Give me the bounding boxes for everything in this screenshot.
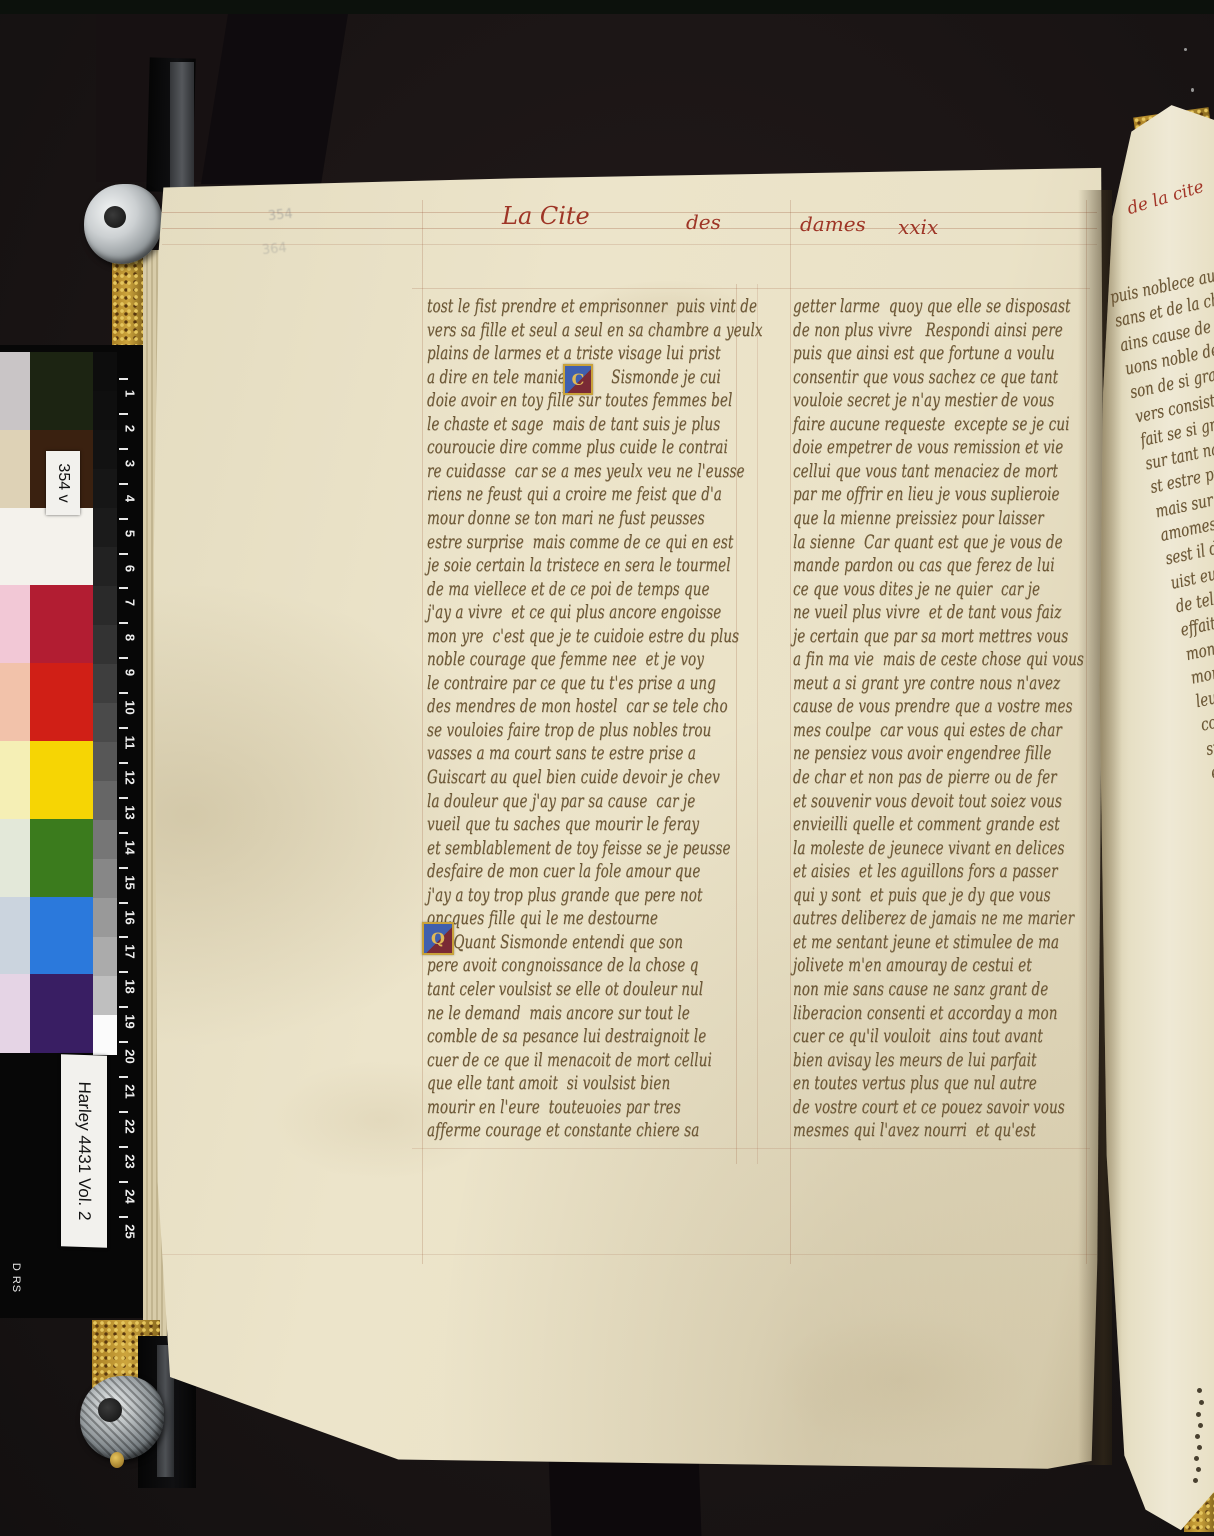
pricking-hole bbox=[1197, 1388, 1202, 1393]
color-patch-right bbox=[30, 585, 93, 663]
initial-glyph: C bbox=[572, 370, 585, 389]
ruler-cm-mark: 23 bbox=[117, 1146, 143, 1181]
centimeter-ruler: 1 2 3 4 5 6 7 8 bbox=[117, 345, 143, 1318]
manuscript-text-line: riens ne feust qui a croire me feist que… bbox=[427, 484, 722, 506]
manuscript-text-line: cause de vous prendre que a vostre mes bbox=[793, 696, 1073, 718]
ruler-number: 8 bbox=[123, 625, 138, 651]
manuscript-text-line: je soie certain la tristece en sera le t… bbox=[427, 555, 731, 577]
metal-clip-bottom-hole bbox=[98, 1398, 122, 1422]
color-checker-row bbox=[0, 974, 93, 1052]
cradle-strap-top bbox=[201, 14, 348, 184]
manuscript-text-line: tost le fist prendre et emprisonner puis… bbox=[427, 296, 757, 318]
manuscript-text-line: estre surprise mais comme de ce qui en e… bbox=[427, 532, 733, 554]
illuminated-initial-2: Q bbox=[422, 922, 454, 955]
color-patch-left bbox=[0, 352, 30, 430]
text-column-1: tost le fist prendre et emprisonner puis… bbox=[427, 296, 739, 1156]
manuscript-text-line: envieilli quelle et comment grande est bbox=[793, 814, 1060, 836]
manuscript-text-line: mes coulpe car vous qui estes de char bbox=[793, 720, 1062, 742]
manuscript-text-line: mesmes qui l'avez nourri et qu'est bbox=[793, 1120, 1036, 1142]
grayscale-step bbox=[93, 664, 117, 704]
grayscale-step bbox=[93, 703, 117, 743]
color-checker-row bbox=[0, 508, 93, 586]
ruler-number: 9 bbox=[123, 660, 138, 686]
manuscript-text-line: cellui que vous tant menaciez de mort bbox=[793, 461, 1058, 483]
grayscale-step bbox=[93, 859, 117, 899]
color-checker-row bbox=[0, 897, 93, 975]
pricking-hole bbox=[1196, 1412, 1201, 1417]
manuscript-text-line: ne vueil plus vivre et de tant vous faiz bbox=[793, 602, 1061, 624]
color-patch-right bbox=[30, 897, 93, 975]
color-patch-left bbox=[0, 819, 30, 897]
grayscale-step bbox=[93, 781, 117, 821]
grayscale-step bbox=[93, 508, 117, 548]
grayscale-step bbox=[93, 898, 117, 938]
pricking-hole bbox=[1197, 1445, 1202, 1450]
manuscript-text-line: par me offrir en lieu je vous suplieroie bbox=[793, 484, 1060, 506]
ruler-number: 11 bbox=[123, 730, 138, 756]
ruler-cm-mark: 22 bbox=[117, 1111, 143, 1146]
ruler-tick bbox=[119, 832, 128, 834]
manuscript-text-line: cuer ce qu'il vouloit ains tout avant bbox=[793, 1026, 1043, 1048]
manuscript-text-line: ce que vous dites je ne quier car je bbox=[793, 579, 1040, 601]
manuscript-text-line: de char et non pas de pierre ou de fer bbox=[793, 767, 1057, 789]
manuscript-text-line: mour donne se ton mari ne fust peusses bbox=[427, 508, 705, 530]
color-patch-left bbox=[0, 430, 30, 508]
manuscript-text-line: cuer de ce que il menacoit de mort cellu… bbox=[427, 1050, 712, 1072]
manuscript-text-line: a fin ma vie mais de ceste chose qui vou… bbox=[793, 649, 1084, 671]
metal-clip-top-hole bbox=[104, 206, 126, 228]
ruler-cm-mark: 15 bbox=[117, 867, 143, 902]
ruler-tick bbox=[119, 1146, 128, 1148]
color-patch-right bbox=[30, 508, 93, 586]
manuscript-text-line: afferme courage et constante chiere sa bbox=[427, 1120, 699, 1142]
grayscale-step bbox=[93, 547, 117, 587]
color-patch-right bbox=[30, 741, 93, 819]
initial-glyph: Q bbox=[431, 929, 445, 948]
ruler-number: 15 bbox=[123, 869, 138, 895]
ruler-number: 12 bbox=[123, 764, 138, 790]
color-patch-right bbox=[30, 819, 93, 897]
color-patch-right bbox=[30, 663, 93, 741]
manuscript-text-line: tant celer voulsist se elle ot douleur n… bbox=[427, 979, 703, 1001]
ruler-cm-mark: 21 bbox=[117, 1076, 143, 1111]
ruler-number: 7 bbox=[123, 590, 138, 616]
ruler-number: 21 bbox=[123, 1079, 138, 1105]
ruler-cm-mark: 1 bbox=[117, 378, 143, 413]
ruler-cm-mark: 16 bbox=[117, 902, 143, 937]
color-checker-row bbox=[0, 352, 93, 430]
ruler-number: 22 bbox=[123, 1113, 138, 1139]
manuscript-text-line: la douleur que j'ay par sa cause car je bbox=[427, 791, 695, 813]
ruling-line bbox=[162, 1254, 1097, 1255]
manuscript-text-line: et semblablement de toy feisse se je peu… bbox=[427, 838, 731, 860]
color-checker-row bbox=[0, 663, 93, 741]
ruler-tick bbox=[119, 867, 128, 869]
grayscale-step bbox=[93, 625, 117, 665]
text-column-2: getter larme quoy que elle se disposastd… bbox=[793, 296, 1093, 1156]
manuscript-text-line: de vostre court et ce pouez savoir vous bbox=[793, 1097, 1065, 1119]
color-patch-right bbox=[30, 974, 93, 1052]
manuscript-text-line: qui y sont et puis que je dy que vous bbox=[793, 885, 1051, 907]
manuscript-text-line: la sienne Car quant est que je vous de bbox=[793, 532, 1063, 554]
manuscript-text-line: doie empetrer de vous remission et vie bbox=[793, 437, 1063, 459]
right-page-text-fragments: puis noblece autresans et de la charains… bbox=[1108, 259, 1214, 288]
manuscript-text-line: vouloie secret je n'ay mestier de vous bbox=[793, 390, 1054, 412]
pencil-foliation-note: 364 bbox=[261, 241, 287, 259]
pricking-hole bbox=[1194, 1456, 1199, 1461]
ruler-number: 3 bbox=[123, 450, 138, 476]
grayscale-step bbox=[93, 469, 117, 509]
manuscript-text-line: mourir en l'eure touteuoies par tres bbox=[427, 1097, 681, 1119]
right-page-running-header: de la cite bbox=[1125, 177, 1207, 219]
gilt-edge-left-top bbox=[112, 252, 143, 352]
manuscript-text-line: vasses a ma court sans te estre prise a bbox=[427, 743, 696, 765]
ruler-cm-mark: 20 bbox=[117, 1041, 143, 1076]
manuscript-text-line: se vouloies faire trop de plus nobles tr… bbox=[427, 720, 711, 742]
ruling-line-vertical bbox=[757, 284, 758, 1164]
ruler-cm-mark: 11 bbox=[117, 727, 143, 762]
manuscript-text-line: de ma viellece et de ce poi de temps que bbox=[427, 579, 710, 601]
dust-speck bbox=[1191, 88, 1194, 92]
ruler-cm-mark: 10 bbox=[117, 692, 143, 727]
cradle-strap-bottom bbox=[549, 1452, 702, 1536]
ruler-caption: D RS bbox=[6, 1248, 22, 1308]
ruler-cm-mark: 17 bbox=[117, 936, 143, 971]
grayscale-step bbox=[93, 391, 117, 431]
manuscript-text-line: de non plus vivre Respondi ainsi pere bbox=[793, 320, 1063, 342]
ruler-number: 14 bbox=[123, 834, 138, 860]
manuscript-text-line: et aisies et les aguillons fors a passer bbox=[793, 861, 1058, 883]
manuscript-text-line: Guiscart au quel bien cuide devoir je ch… bbox=[427, 767, 720, 789]
ruler-tick bbox=[119, 1216, 128, 1218]
ruler-tick bbox=[119, 553, 128, 555]
manuscript-text-line: le chaste et sage mais de tant suis je p… bbox=[427, 414, 720, 436]
running-header-la-cite: La Cite bbox=[502, 202, 590, 230]
manuscript-text-line: desfaire de mon cuer la fole amour que bbox=[427, 861, 700, 883]
ruler-number: 20 bbox=[123, 1044, 138, 1070]
manuscript-text-line: pere avoit congnoissance de la chose q bbox=[427, 955, 698, 977]
ruler-cm-mark: 19 bbox=[117, 1006, 143, 1041]
color-checker-row bbox=[0, 741, 93, 819]
color-patch-right bbox=[30, 352, 93, 430]
grayscale-step bbox=[93, 937, 117, 977]
ruling-line bbox=[162, 244, 1097, 245]
ruler-number: 4 bbox=[123, 485, 138, 511]
manuscript-text-line: re cuidasse car se a mes yeulx veu ne l'… bbox=[427, 461, 745, 483]
grayscale-strip bbox=[93, 352, 117, 1054]
manuscript-text-line: liberacion consenti et accorday a mon bbox=[793, 1003, 1058, 1025]
ruler-cm-mark: 5 bbox=[117, 518, 143, 553]
color-patch-left bbox=[0, 897, 30, 975]
ruling-line bbox=[162, 228, 1097, 229]
manuscript-text-line: puis que ainsi est que fortune a voulu bbox=[793, 343, 1055, 365]
ruler-number: 23 bbox=[123, 1148, 138, 1174]
manuscript-text-line: oncques fille qui le me destourne bbox=[427, 908, 658, 930]
grayscale-step bbox=[93, 586, 117, 626]
ruler-number: 17 bbox=[123, 939, 138, 965]
manuscript-text-line: Quant Sismonde entendi que son bbox=[427, 932, 683, 954]
manuscript-text-line: noble courage que femme nee et je voy bbox=[427, 649, 704, 671]
ruler-number: 24 bbox=[123, 1183, 138, 1209]
ruler-cm-mark: 2 bbox=[117, 413, 143, 448]
color-patch-left bbox=[0, 974, 30, 1052]
ruler-cm-mark: 25 bbox=[117, 1216, 143, 1251]
ruler-cm-mark: 6 bbox=[117, 553, 143, 588]
manuscript-text-line: que elle tant amoit si voulsist bien bbox=[427, 1073, 670, 1095]
manuscript-left-page: 354 364 La Cite des dames xxix tost le f… bbox=[150, 160, 1105, 1470]
ruler-number: 1 bbox=[123, 381, 138, 407]
ruler-tick bbox=[119, 797, 128, 799]
manuscript-photo-stage: 1 2 3 4 5 6 7 8 bbox=[0, 0, 1214, 1536]
ruler-cm-mark: 9 bbox=[117, 657, 143, 692]
manuscript-text-line: non mie sans cause ne sanz grant de bbox=[793, 979, 1048, 1001]
ruler-number: 18 bbox=[123, 974, 138, 1000]
cradle-top-strip bbox=[0, 0, 1214, 14]
ruler-cm-mark: 3 bbox=[117, 448, 143, 483]
gold-screw bbox=[110, 1452, 124, 1468]
ruler-cm-mark: 13 bbox=[117, 797, 143, 832]
grayscale-step bbox=[93, 430, 117, 470]
grayscale-step bbox=[93, 1015, 117, 1055]
manuscript-text-line: vueil que tu saches que mourir le feray bbox=[427, 814, 699, 836]
color-patch-left bbox=[0, 741, 30, 819]
manuscript-text-line: en toutes vertus plus que nul autre bbox=[793, 1073, 1037, 1095]
ruler-number: 16 bbox=[123, 904, 138, 930]
manuscript-text-line: ne le demand mais ancore sur tout le bbox=[427, 1003, 690, 1025]
manuscript-text-line: autres deliberez de jamais ne me marier bbox=[793, 908, 1074, 930]
manuscript-text-line: consentir que vous sachez ce que tant bbox=[793, 367, 1058, 389]
manuscript-text-line: des mendres de mon hostel car se tele ch… bbox=[427, 696, 728, 718]
manuscript-text-line: comble de sa pesance lui destraignoit le bbox=[427, 1026, 706, 1048]
pencil-foliation-note: 354 bbox=[267, 207, 293, 225]
ruler-tick bbox=[119, 1181, 128, 1183]
running-header-dames: dames bbox=[800, 212, 866, 236]
ruling-line bbox=[412, 288, 1090, 289]
manuscript-text-line: je certain que par sa mort mettres vous bbox=[793, 626, 1068, 648]
manuscript-text-line: meut a si grant yre contre nous n'avez bbox=[793, 673, 1060, 695]
running-header-chapter-number: xxix bbox=[898, 215, 938, 239]
ruling-line-vertical bbox=[790, 200, 791, 1264]
ruler-cm-mark: 24 bbox=[117, 1181, 143, 1216]
ruler-tick bbox=[119, 483, 128, 485]
pricking-hole bbox=[1195, 1434, 1200, 1439]
ruler-cm-mark: 18 bbox=[117, 971, 143, 1006]
ruler-cm-mark: 4 bbox=[117, 483, 143, 518]
manuscript-text-line: mande pardon ou cas que ferez de lui bbox=[793, 555, 1055, 577]
pricking-hole bbox=[1198, 1423, 1203, 1428]
color-patch-left bbox=[0, 585, 30, 663]
manuscript-text-line: bien avisay les meurs de lui parfait bbox=[793, 1050, 1037, 1072]
manuscript-text-line: le contraire par ce que tu t'es prise a … bbox=[427, 673, 716, 695]
manuscript-text-line: jolivete m'en amouray de cestui et bbox=[793, 955, 1032, 977]
color-patch-left bbox=[0, 508, 30, 586]
running-header-des: des bbox=[686, 210, 721, 234]
ruler-tick bbox=[119, 518, 128, 520]
ruler-number: 10 bbox=[123, 695, 138, 721]
manuscript-text-line: et souvenir vous devoit tout soiez vous bbox=[793, 791, 1062, 813]
ruling-line bbox=[162, 212, 1097, 213]
manuscript-text-line: j'ay a toy trop plus grande que pere not bbox=[427, 885, 702, 907]
manuscript-text-line: plains de larmes et a triste visage lui … bbox=[427, 343, 721, 365]
dust-speck bbox=[1184, 48, 1187, 51]
ruler-tick bbox=[119, 902, 128, 904]
color-patch-left bbox=[0, 663, 30, 741]
grayscale-step bbox=[93, 820, 117, 860]
ruler-number: 2 bbox=[123, 415, 138, 441]
shelfmark-label: Harley 4431 Vol. 2 bbox=[61, 1054, 107, 1248]
manuscript-text-line: j'ay a vivre et ce qui plus ancore engoi… bbox=[427, 602, 721, 624]
manuscript-text-line: que la mienne preissiez pour laisser bbox=[793, 508, 1044, 530]
ruler-number: 13 bbox=[123, 799, 138, 825]
ruler-number: 6 bbox=[123, 555, 138, 581]
manuscript-text-line: vers sa fille et seul a seul en sa chamb… bbox=[427, 320, 763, 342]
grayscale-step bbox=[93, 976, 117, 1016]
ruler-number: 5 bbox=[123, 520, 138, 546]
manuscript-text-line: couroucie dire comme plus cuide le contr… bbox=[427, 437, 728, 459]
manuscript-text-line: getter larme quoy que elle se disposast bbox=[793, 296, 1071, 318]
color-checker-row bbox=[0, 585, 93, 663]
pricking-hole bbox=[1199, 1400, 1204, 1405]
grayscale-step bbox=[93, 742, 117, 782]
ruler-cm-mark: 8 bbox=[117, 622, 143, 657]
vellum-stain bbox=[770, 1310, 1030, 1450]
ruler-cm-mark: 7 bbox=[117, 587, 143, 622]
manuscript-text-line: ne pensiez vous avoir engendree fille bbox=[793, 743, 1052, 765]
ruler-tick bbox=[119, 448, 128, 450]
grayscale-step bbox=[93, 352, 117, 392]
ruler-number: 19 bbox=[123, 1009, 138, 1035]
illuminated-initial-1: C bbox=[563, 364, 593, 395]
pricking-hole bbox=[1196, 1467, 1201, 1472]
manuscript-right-page-sliver: de la cite puis noblece autresans et de … bbox=[1096, 70, 1214, 1536]
ruler-cm-mark: 14 bbox=[117, 832, 143, 867]
pricking-hole bbox=[1193, 1478, 1198, 1483]
manuscript-text-line: faire aucune requeste excepte se je cui bbox=[793, 414, 1070, 436]
folio-number-label: 354 v bbox=[46, 451, 80, 515]
manuscript-text-line: mon yre c'est que je te cuidoie estre du… bbox=[427, 626, 739, 648]
color-checker-row bbox=[0, 819, 93, 897]
ruler-number: 25 bbox=[123, 1218, 138, 1244]
manuscript-text-line: et me sentant jeune et stimulee de ma bbox=[793, 932, 1059, 954]
ruler-cm-mark: 12 bbox=[117, 762, 143, 797]
manuscript-text-line: la moleste de jeunece vivant en delices bbox=[793, 838, 1065, 860]
